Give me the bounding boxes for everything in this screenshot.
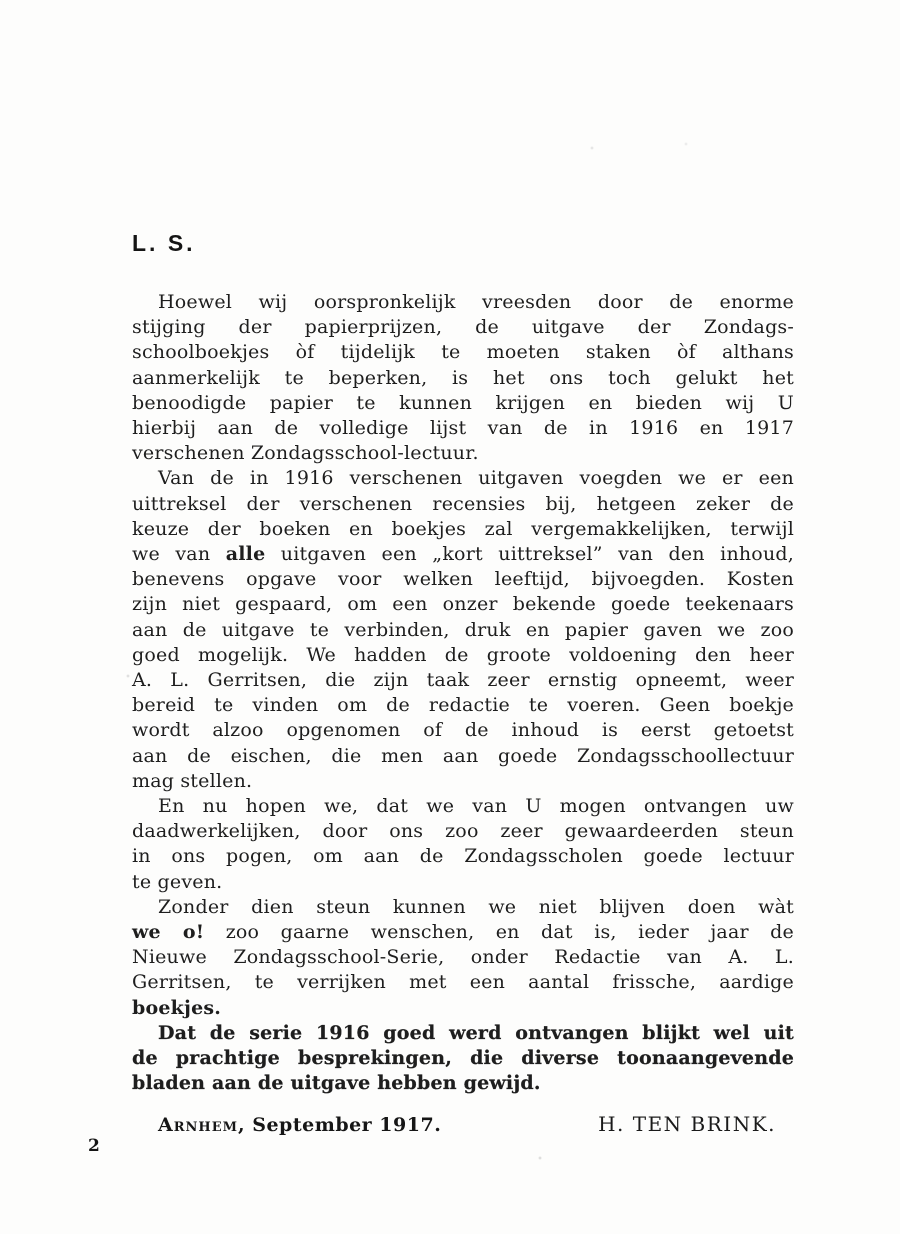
text-line: verschenen Zondagsschool-lectuur.: [132, 441, 794, 466]
text-line: wordt alzoo opgenomen of de inhoud is ee…: [132, 718, 794, 743]
text-line: Van de in 1916 verschenen uitgaven voegd…: [132, 466, 794, 491]
body-text: Hoewel wij oorspronkelijk vreesden door …: [132, 290, 794, 1097]
text-line: Dat de serie 1916 goed werd ontvangen bl…: [132, 1021, 794, 1046]
text-line: En nu hopen we, dat we van U mogen ontva…: [132, 794, 794, 819]
text-line: uittreksel der verschenen recensies bij,…: [132, 492, 794, 517]
page-number: 2: [88, 1136, 100, 1156]
dateline-place-date: Arnhem, September 1917.: [158, 1114, 441, 1136]
text-line: bereid te vinden om de redactie te voere…: [132, 693, 794, 718]
text-line: A. L. Gerritsen, die zijn taak zeer erns…: [132, 668, 794, 693]
author-signature: H. TEN BRINK.: [598, 1112, 776, 1136]
paragraph: En nu hopen we, dat we van U mogen ontva…: [132, 794, 794, 895]
text-line: goed mogelijk. We hadden de groote voldo…: [132, 643, 794, 668]
text-line: aan de uitgave te verbinden, druk en pap…: [132, 618, 794, 643]
paragraph: Dat de serie 1916 goed werd ontvangen bl…: [132, 1021, 794, 1097]
text-line: daadwerkelijken, door ons zoo zeer gewaa…: [132, 819, 794, 844]
text-line: we van alle uitgaven een „kort uittrekse…: [132, 542, 794, 567]
text-line: boekjes.: [132, 996, 794, 1021]
text-line: te geven.: [132, 870, 794, 895]
text-line: keuze der boeken en boekjes zal vergemak…: [132, 517, 794, 542]
text-line: Nieuwe Zondagsschool-Serie, onder Redact…: [132, 945, 794, 970]
dateline-place: Arnhem,: [158, 1114, 246, 1136]
text-line: stijging der papierprijzen, de uitgave d…: [132, 315, 794, 340]
dateline: Arnhem, September 1917. H. TEN BRINK.: [132, 1112, 794, 1136]
text-line: hierbij aan de volledige lijst van de in…: [132, 416, 794, 441]
paragraph: Zonder dien steun kunnen we niet blijven…: [132, 895, 794, 1021]
paragraph: Van de in 1916 verschenen uitgaven voegd…: [132, 466, 794, 794]
text-line: Hoewel wij oorspronkelijk vreesden door …: [132, 290, 794, 315]
text-line: Zonder dien steun kunnen we niet blijven…: [132, 895, 794, 920]
document-page: L. S. Hoewel wij oorspronkelijk vreesden…: [0, 0, 900, 1234]
salutation-heading: L. S.: [132, 230, 794, 257]
text-line: in ons pogen, om aan de Zondagsscholen g…: [132, 844, 794, 869]
text-line: benevens opgave voor welken leeftijd, bi…: [132, 567, 794, 592]
text-line: zijn niet gespaard, om een onzer bekende…: [132, 592, 794, 617]
text-line: benoodigde papier te kunnen krijgen en b…: [132, 391, 794, 416]
text-line: mag stellen.: [132, 769, 794, 794]
text-line: de prachtige besprekingen, die diverse t…: [132, 1046, 794, 1071]
text-line: Gerritsen, te verrijken met een aantal f…: [132, 970, 794, 995]
text-line: schoolboekjes òf tijdelijk te moeten sta…: [132, 340, 794, 365]
text-line: bladen aan de uitgave hebben gewijd.: [132, 1071, 794, 1096]
text-line: aan de eischen, die men aan goede Zondag…: [132, 744, 794, 769]
text-line: we o! zoo gaarne wenschen, en dat is, ie…: [132, 920, 794, 945]
text-line: aanmerkelijk te beperken, is het ons toc…: [132, 366, 794, 391]
dateline-date: September 1917.: [252, 1114, 441, 1136]
paragraph: Hoewel wij oorspronkelijk vreesden door …: [132, 290, 794, 466]
text-block: L. S. Hoewel wij oorspronkelijk vreesden…: [132, 230, 794, 1136]
